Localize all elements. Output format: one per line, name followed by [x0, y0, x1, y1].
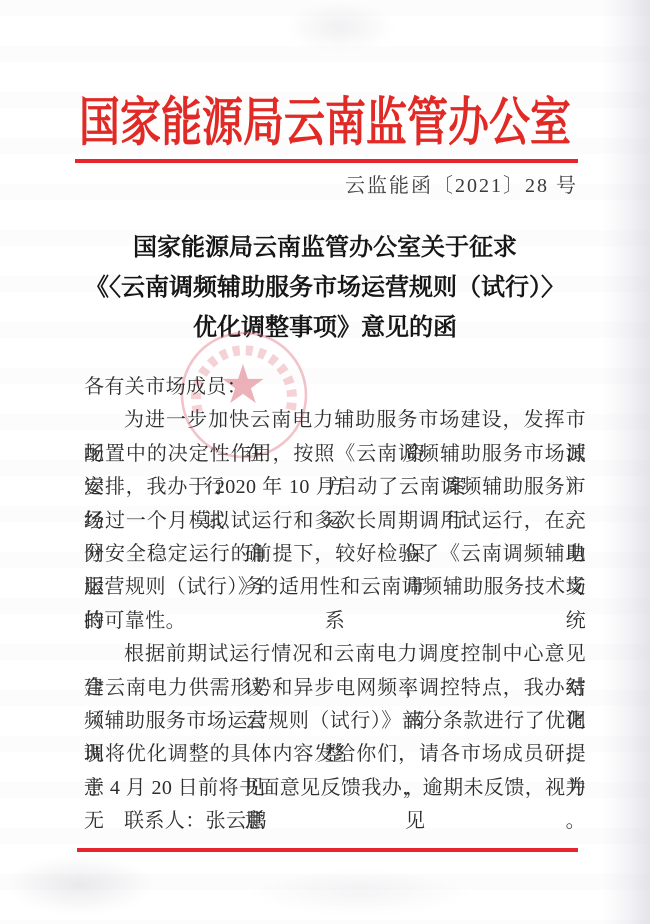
- footer-rule: [77, 848, 578, 852]
- document-number: 云监能函〔2021〕28 号: [0, 169, 578, 198]
- body-line: 配置中的决定性作用，按照《云南调频辅助服务市场试运行方案》: [84, 438, 586, 471]
- salutation: 各有关市场成员：: [84, 371, 586, 404]
- letterhead-rule: [75, 159, 578, 163]
- document-title: 国家能源局云南监管办公室关于征求 《〈云南调频辅助服务市场运营规则（试行）〉 优…: [0, 228, 650, 348]
- letter-body: 各有关市场成员： 为进一步加快云南电力辅助服务市场建设，发挥市场在资源 配置中的…: [84, 371, 586, 838]
- document-title-line-1: 国家能源局云南监管办公室关于征求: [0, 228, 650, 268]
- scanned-letter-page: 国家能源局云南监管办公室 云监能函〔2021〕28 号 国家能源局云南监管办公室…: [0, 0, 650, 924]
- body-line: 运营规则（试行）》的适用性和云南调频辅助服务技术支持系统: [84, 571, 586, 604]
- body-line: 经过一个月模拟试运行和多次长周期调用试运行，在充分确保电: [84, 505, 586, 538]
- body-line: 为进一步加快云南电力辅助服务市场建设，发挥市场在资源: [84, 404, 586, 437]
- scan-smudge: [5, 855, 155, 915]
- body-line: 安排，我办于 2020 年 10 月启动了云南调频辅助服务市场试运行。: [84, 471, 586, 504]
- body-line: 频辅助服务市场运营规则（试行）》部分条款进行了优化调整，: [84, 705, 586, 738]
- body-line: 根据前期试运行情况和云南电力调度控制中心意见建议，结: [84, 638, 586, 671]
- document-title-line-2: 《〈云南调频辅助服务市场运营规则（试行）〉: [0, 268, 650, 308]
- letterhead-office-name: 国家能源局云南监管办公室: [0, 94, 650, 150]
- body-line: 合云南电力供需形势和异步电网频率调控特点，我办对《云南调: [84, 672, 586, 705]
- body-line: 网安全稳定运行的前提下，较好检验了《云南调频辅助服务市场: [84, 538, 586, 571]
- scan-smudge: [285, 2, 395, 52]
- body-line: 现将优化调整的具体内容发给你们，请各市场成员研提意见，并: [84, 738, 586, 771]
- scan-smudge: [250, 870, 470, 915]
- document-title-line-3: 优化调整事项》意见的函: [0, 308, 650, 348]
- body-line: 于 4 月 20 日前将书面意见反馈我办，逾期未反馈，视为无意见。: [84, 772, 586, 805]
